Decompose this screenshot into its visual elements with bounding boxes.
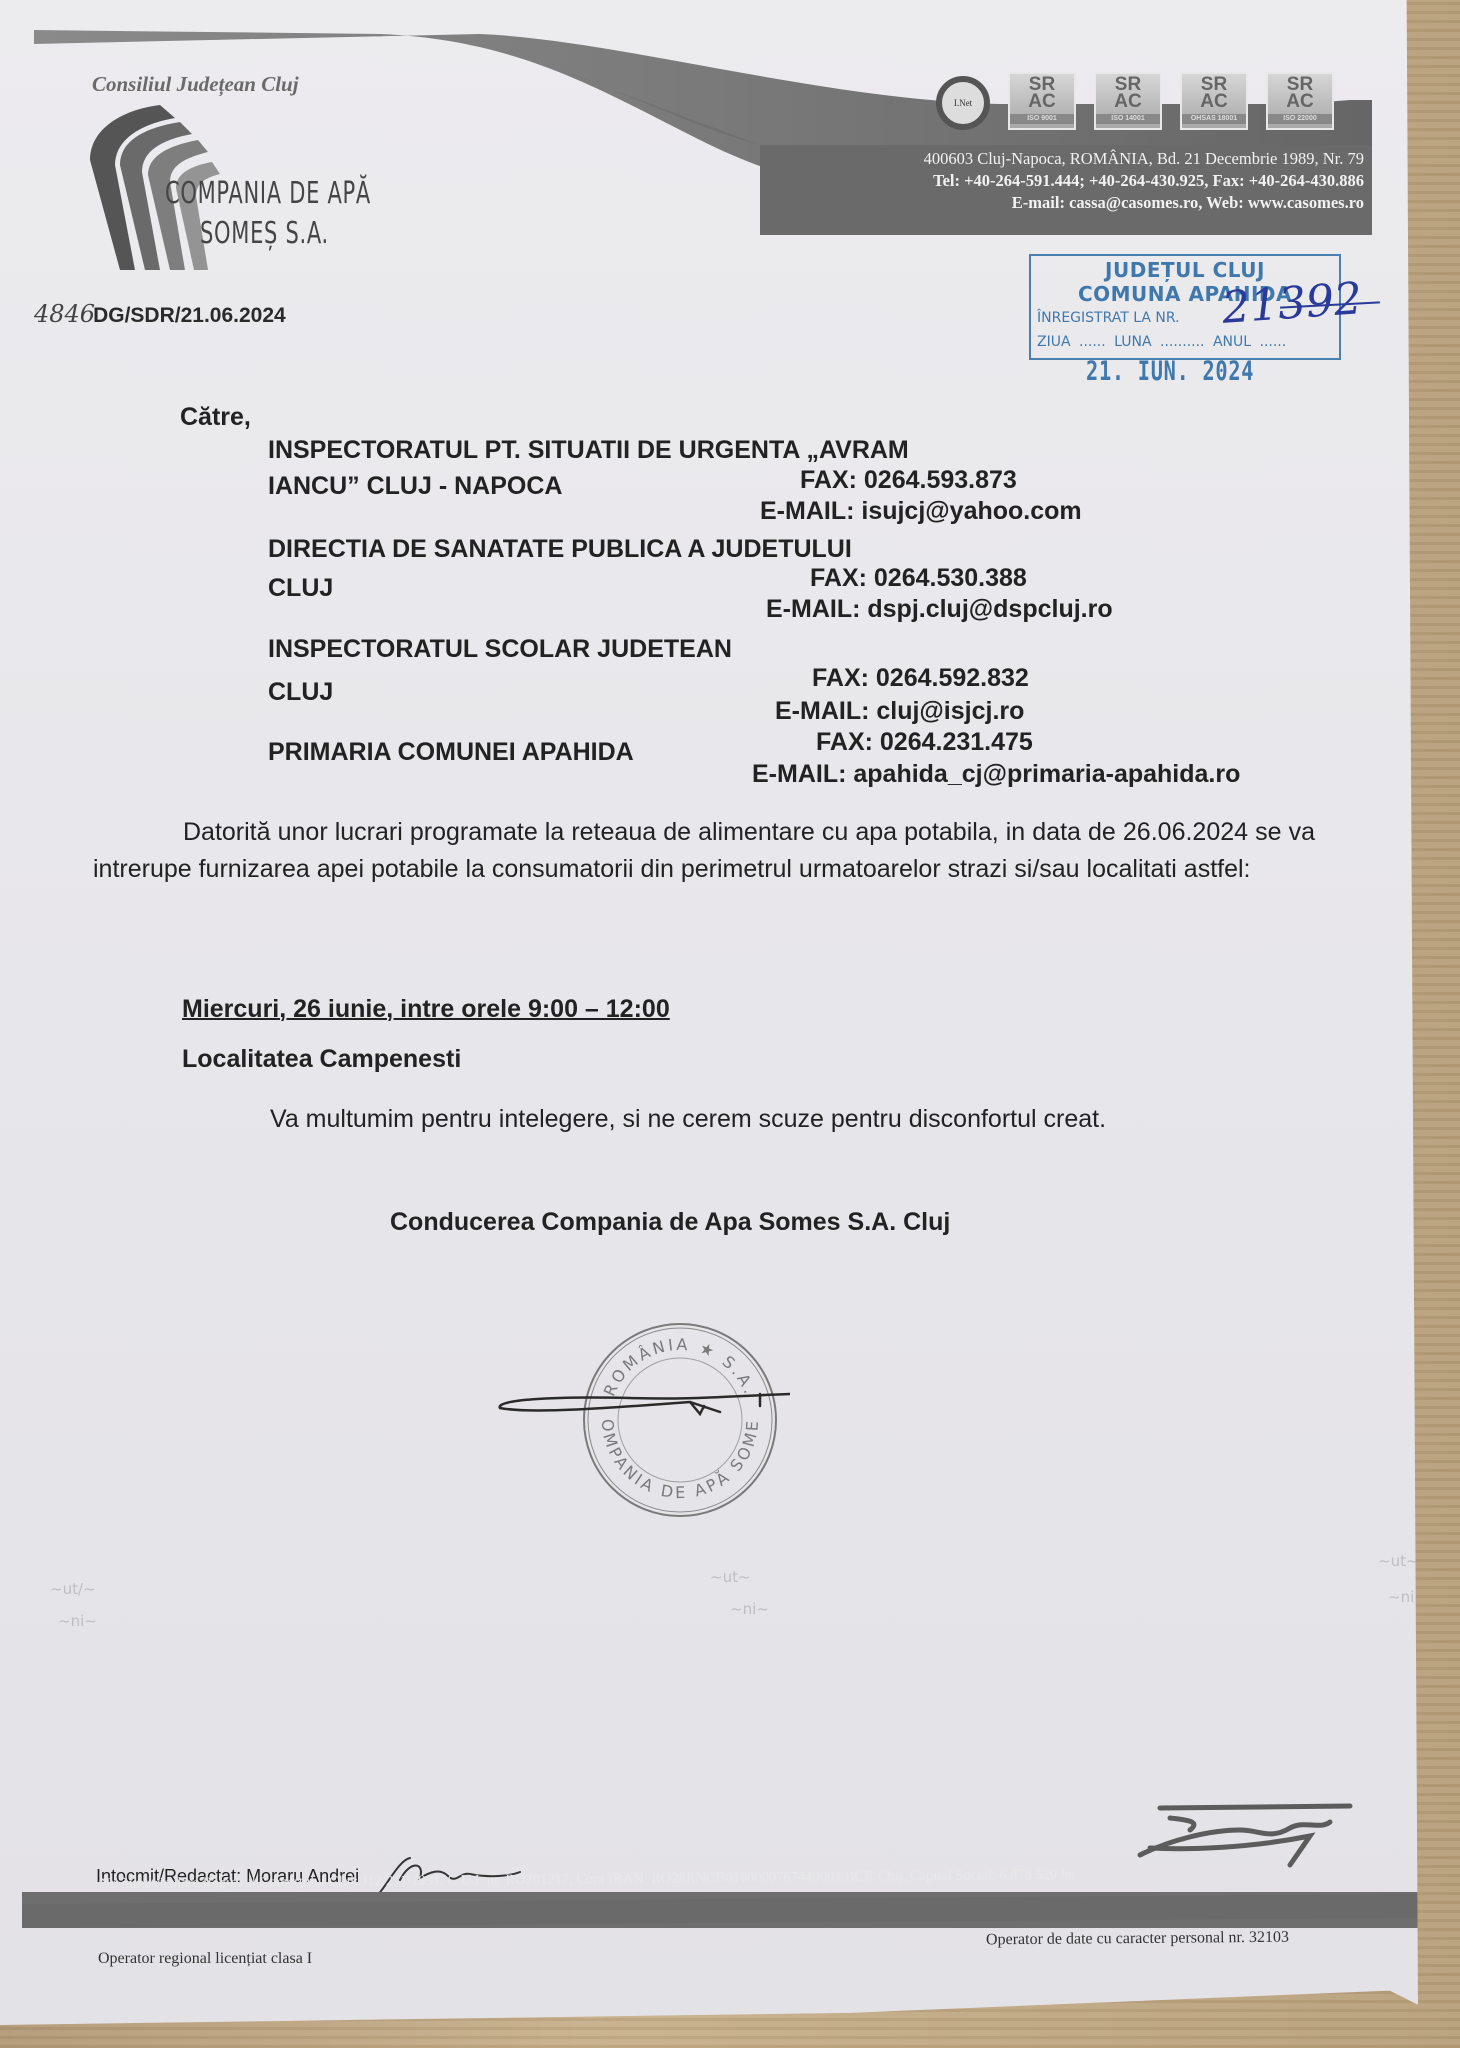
srac-badge-icon: SRAC ISO 22000 bbox=[1266, 72, 1334, 130]
recipient-4-email: E-MAIL: apahida_cj@primaria-apahida.ro bbox=[752, 760, 1240, 789]
recipient-1-email: E-MAIL: isujcj@yahoo.com bbox=[760, 497, 1082, 526]
company-name: COMPANIA DE APĂ SOMEȘ S.A. bbox=[165, 174, 371, 254]
recipient-2-name-line1: DIRECTIA DE SANATATE PUBLICA A JUDETULUI bbox=[268, 535, 852, 564]
srac-badge-icon: SRAC ISO 9001 bbox=[1008, 72, 1076, 130]
bleed-through-mark: ~ni~ bbox=[58, 1612, 97, 1630]
director-signature bbox=[490, 1378, 790, 1438]
recipient-4-name: PRIMARIA COMUNEI APAHIDA bbox=[268, 738, 634, 767]
affected-locality: Localitatea Campenesti bbox=[182, 1045, 461, 1074]
recipient-3-name-line2: CLUJ bbox=[268, 678, 333, 707]
thanks-line: Va multumim pentru intelegere, si ne cer… bbox=[270, 1105, 1106, 1134]
recipient-3-fax: FAX: 0264.592.832 bbox=[812, 664, 1029, 693]
stamp-date-labels: ZIUA ...... LUNA .......... ANUL ...... bbox=[1037, 334, 1339, 350]
company-phones: Tel: +40-264-591.444; +40-264-430.925, F… bbox=[924, 170, 1364, 192]
company-name-line2: SOMEȘ S.A. bbox=[165, 214, 371, 254]
handwritten-signature-right bbox=[1130, 1800, 1370, 1870]
recipient-1-name-line2: IANCU” CLUJ - NAPOCA bbox=[268, 472, 562, 501]
recipient-1-name-line1: INSPECTORATUL PT. SITUATII DE URGENTA „A… bbox=[268, 436, 909, 465]
interruption-schedule: Miercuri, 26 iunie, intre orele 9:00 – 1… bbox=[182, 995, 670, 1024]
operator-license: Operator regional licențiat clasa I bbox=[98, 1950, 312, 1968]
recipient-2-email: E-MAIL: dspj.cluj@dspcluj.ro bbox=[766, 595, 1113, 624]
company-email-web: E-mail: cassa@casomes.ro, Web: www.casom… bbox=[924, 192, 1364, 214]
council-name: Consiliul Județean Cluj bbox=[92, 72, 299, 97]
bleed-through-mark: ~ni~ bbox=[730, 1600, 769, 1618]
recipient-1-fax: FAX: 0264.593.873 bbox=[800, 466, 1017, 495]
bleed-through-mark: ~ut/~ bbox=[50, 1580, 96, 1598]
srac-badge-icon: SRAC ISO 14001 bbox=[1094, 72, 1162, 130]
letter-page: Consiliul Județean Cluj COMPANIA DE APĂ … bbox=[0, 0, 1418, 2025]
recipient-2-name-line2: CLUJ bbox=[268, 574, 333, 603]
company-contact-block: 400603 Cluj-Napoca, ROMÂNIA, Bd. 21 Dece… bbox=[924, 148, 1364, 214]
recipient-3-name-line1: INSPECTORATUL SCOLAR JUDETEAN bbox=[268, 635, 732, 664]
certification-circle-icon: I.Net bbox=[936, 76, 990, 130]
closing-signature-line: Conducerea Compania de Apa Somes S.A. Cl… bbox=[390, 1208, 950, 1237]
recipient-3-email: E-MAIL: cluj@isjcj.ro bbox=[775, 697, 1024, 726]
srac-badge-icon: SRAC OHSAS 18001 bbox=[1180, 72, 1248, 130]
recipient-4-fax: FAX: 0264.231.475 bbox=[816, 728, 1033, 757]
registration-date: 21. IUN. 2024 bbox=[1086, 356, 1254, 387]
company-address: 400603 Cluj-Napoca, ROMÂNIA, Bd. 21 Dece… bbox=[924, 148, 1364, 170]
notice-paragraph: Datorită unor lucrari programate la rete… bbox=[93, 814, 1315, 888]
reference-code: DG/SDR/21.06.2024 bbox=[93, 304, 286, 327]
document-reference: 4846DG/SDR/21.06.2024 bbox=[34, 300, 286, 328]
certification-badges: I.Net SRAC ISO 9001 SRAC ISO 14001 SRAC … bbox=[936, 72, 1334, 130]
company-name-line1: COMPANIA DE APĂ bbox=[165, 176, 371, 211]
salutation: Către, bbox=[180, 403, 251, 432]
notice-paragraph-text: Datorită unor lucrari programate la rete… bbox=[93, 818, 1315, 883]
recipient-2-fax: FAX: 0264.530.388 bbox=[810, 564, 1027, 593]
bleed-through-mark: ~ut~ bbox=[710, 1568, 751, 1586]
data-operator-number: Operator de date cu caracter personal nr… bbox=[986, 1929, 1289, 1950]
handwritten-number: 4846 bbox=[34, 300, 95, 328]
bleed-through-mark: ~ut~ bbox=[1378, 1552, 1419, 1570]
